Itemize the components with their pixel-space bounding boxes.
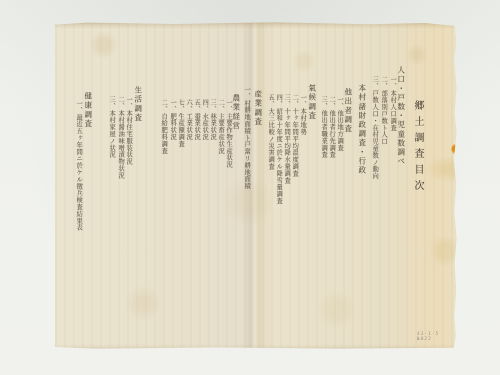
toc-column-left-16: 一、最近五ヶ年間ニ於ケル徴兵検査結果表 (75, 100, 81, 231)
toc-column-left-1: 農業経営 (232, 94, 240, 130)
toc-column-right-16: 産業調査 (254, 90, 262, 126)
toc-column-right-3: 二、部落別戸数ト人口 (380, 76, 386, 145)
toc-column-left-5: 四、水産状況 (201, 99, 207, 140)
toc-column-left-8: 七、生産額調査 (177, 99, 183, 147)
scan-background: 郷土調査目次人口・戸数・児童数調べ一、本村人口調査二、部落別戸数ト人口三、戸数人… (0, 0, 500, 375)
toc-column-right-5: 本村諸財政調査・行政 (358, 84, 366, 175)
toc-column-left-0: 一、村耕地面積ト戸當リ耕地面積 (243, 86, 249, 190)
toc-column-left-4: 三、林業状況 (209, 99, 215, 140)
toc-column-right-13: 三、十ヶ年間平均降水量調査 (283, 94, 289, 184)
toc-column-left-6: 五、蚕業状況 (193, 99, 199, 140)
toc-column-right-2: 一、本村人口調査 (389, 76, 395, 131)
toc-column-right-15: 五、大三比較ノ災害調査 (267, 94, 273, 170)
toc-column-left-2: 一、主要作物生産状況 (225, 99, 231, 168)
toc-column-right-12: 二、十ヶ年間平均温度調査 (291, 94, 297, 177)
toc-column-right-0: 郷土調査目次 (412, 100, 422, 196)
orange-stain (451, 144, 458, 154)
toc-column-right-8: 二、他出者行先調査 (328, 96, 334, 158)
toc-column-left-9: 一、肥料状況 (169, 99, 175, 140)
document-page: 郷土調査目次人口・戸数・児童数調べ一、本村人口調査二、部落別戸数ト人口三、戸数人… (55, 22, 457, 349)
toc-column-right-6: 他出者調査 (344, 88, 352, 134)
toc-column-left-13: 二、本村醤油味噌漬物状況 (117, 96, 123, 179)
catalog-mark: 43·1·5 №022 (417, 332, 457, 342)
toc-column-right-10: 氣候調査 (308, 84, 316, 120)
toc-column-right-1: 人口・戸数・児童数調べ (397, 66, 405, 166)
toc-column-left-15: 健康調査 (84, 92, 92, 128)
toc-column-right-11: 一、本村地勢 (299, 94, 305, 135)
toc-column-left-3: 二、主要畜産状況 (217, 99, 223, 154)
toc-column-left-10: 二、自給肥料調査 (160, 99, 166, 154)
toc-column-left-7: 六、工業状況 (185, 99, 191, 140)
toc-column-right-7: 一、他出地方調査 (336, 96, 342, 151)
toc-column-right-4: 三、戸数人口・在村児童数ノ動向 (371, 76, 377, 180)
toc-column-left-14: 三、本村家屋ノ状況 (108, 96, 114, 158)
toc-column-left-12: 一、本村住宅服装状況 (125, 96, 131, 165)
toc-column-right-9: 三、他出者職業調査 (320, 96, 326, 158)
toc-column-right-14: 四、昭和十年度ニ於ケル降雪量調査 (275, 94, 281, 204)
toc-column-left-11: 生活調査 (134, 86, 142, 122)
